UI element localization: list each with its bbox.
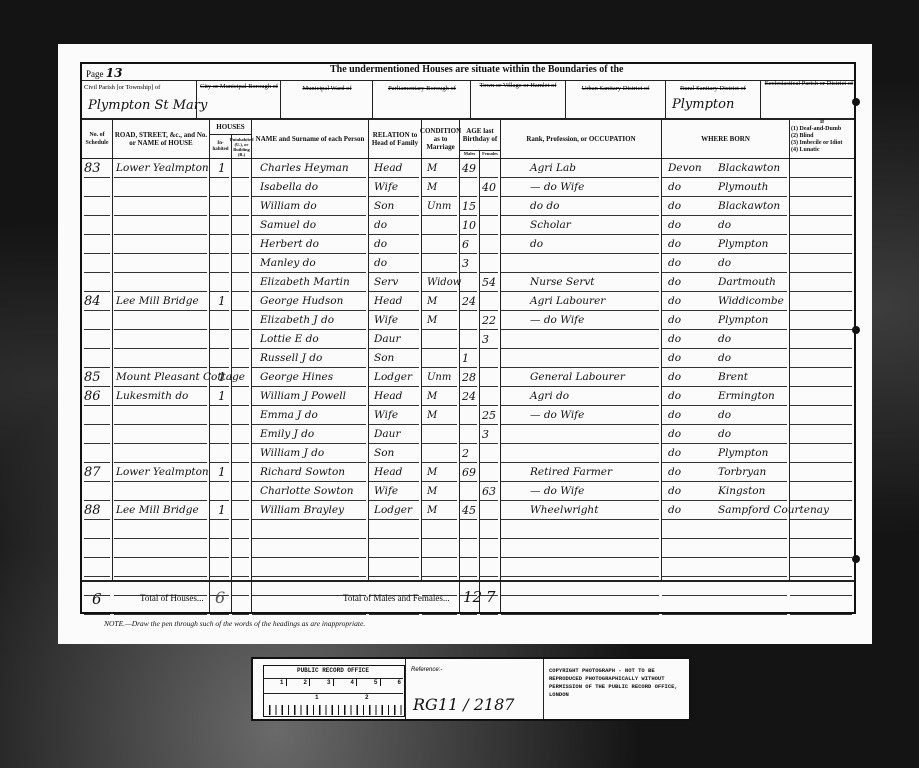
cell-occ: — do Wife (530, 406, 584, 425)
divider (565, 80, 566, 118)
row-rule (232, 177, 249, 178)
cell-born-county: Devon (668, 159, 702, 178)
row-rule (232, 253, 249, 254)
row-rule (252, 538, 366, 539)
row-rule (84, 443, 110, 444)
cell-cond: M (427, 387, 437, 406)
cell-cond: M (427, 501, 437, 520)
cell-rel: Wife (374, 482, 398, 501)
row-rule (210, 557, 229, 558)
cell-male: 49 (462, 159, 476, 178)
row-rule (790, 538, 852, 539)
col-header-infirmity: If (1) Deaf-and-Dumb (2) Blind (3) Imbec… (791, 119, 853, 154)
scale-numbers: 1 2 3 4 5 6 (263, 679, 403, 686)
cell-born-county: do (668, 368, 681, 387)
cell-road: Lower Yealmpton (116, 159, 209, 178)
cell-inhab: 1 (218, 159, 226, 178)
row-rule (501, 348, 659, 349)
row-rule (422, 348, 457, 349)
row-rule (460, 424, 477, 425)
cell-rel: Lodger (374, 501, 412, 520)
row-rule (252, 614, 366, 615)
row-rule (114, 557, 207, 558)
total-schedules: 6 (92, 590, 102, 608)
row-rule (232, 234, 249, 235)
row-rule (790, 424, 852, 425)
cell-name: Manley do (260, 254, 316, 273)
row-rule (460, 329, 477, 330)
row-rule (210, 329, 229, 330)
cell-cond: Unm (427, 368, 451, 387)
total-houses-label: Total of Houses... (140, 593, 204, 603)
cell-rel: do (374, 254, 387, 273)
cell-inhab: 1 (218, 292, 226, 311)
cell-rel: Son (374, 349, 394, 368)
cell-born-county: do (668, 273, 681, 292)
cell-no: 87 (84, 463, 101, 482)
divider (760, 80, 761, 118)
row-rule (790, 329, 852, 330)
row-rule (460, 557, 477, 558)
cell-name: Samuel do (260, 216, 316, 235)
form-note: NOTE.—Draw the pen through such of the w… (104, 619, 365, 628)
row-rule (790, 215, 852, 216)
document-title: The undermentioned Houses are situate wi… (330, 64, 623, 75)
row-rule (790, 405, 852, 406)
col-header-relation: RELATION to Head of Family (369, 120, 421, 158)
record-office-slip: PUBLIC RECORD OFFICE 1 2 3 4 5 6 1 2 Ref… (251, 657, 691, 721)
scale-number: 2 (287, 679, 311, 686)
cell-inhab: 1 (218, 368, 226, 387)
col-header-females: Females (480, 150, 500, 158)
row-rule (369, 614, 419, 615)
row-rule (210, 538, 229, 539)
infirmity-option: (3) Imbecile or Idiot (791, 140, 853, 147)
row-rule (480, 614, 498, 615)
cell-name: William Brayley (260, 501, 344, 520)
row-rule (501, 234, 659, 235)
row-rule (84, 272, 110, 273)
row-rule (790, 253, 852, 254)
cell-rel: Son (374, 197, 394, 216)
cell-female: 3 (482, 330, 489, 349)
cell-born-county: do (668, 501, 681, 520)
row-rule (460, 576, 477, 577)
cell-born-county: do (668, 349, 681, 368)
row-rule (790, 557, 852, 558)
cell-born-county: do (668, 444, 681, 463)
cell-name: George Hines (260, 368, 333, 387)
cell-rel: Wife (374, 311, 398, 330)
row-rule (210, 272, 229, 273)
row-rule (84, 348, 110, 349)
cell-name: Charlotte Sowton (260, 482, 354, 501)
cell-occ: Agri do (530, 387, 569, 406)
row-rule (501, 443, 659, 444)
cell-male: 6 (462, 235, 469, 254)
cell-cond: M (427, 463, 437, 482)
cell-born-county: do (668, 292, 681, 311)
row-rule (232, 557, 249, 558)
cell-name: Isabella do (260, 178, 318, 197)
cell-occ: Wheelwright (530, 501, 598, 520)
cell-born-place: do (718, 330, 731, 349)
cell-born-county: do (668, 425, 681, 444)
cell-born-county: do (668, 197, 681, 216)
divider (372, 80, 373, 118)
row-rule (662, 557, 787, 558)
infirmity-option: (1) Deaf-and-Dumb (791, 126, 853, 133)
row-rule (460, 614, 477, 615)
row-rule (114, 253, 207, 254)
cell-rel: Lodger (374, 368, 412, 387)
row-rule (790, 386, 852, 387)
row-rule (501, 215, 659, 216)
row-rule (422, 253, 457, 254)
cell-born-county: do (668, 387, 681, 406)
col-header-road: ROAD, STREET, &c., and No. or NAME of HO… (113, 120, 209, 158)
divider (263, 693, 403, 694)
row-rule (790, 443, 852, 444)
cell-born-place: Ermington (718, 387, 775, 406)
inch-mark: 2 (365, 694, 369, 701)
cell-rel: Head (374, 387, 402, 406)
scale-number: 4 (334, 679, 358, 686)
cell-cond: M (427, 406, 437, 425)
scale-number: 6 (381, 679, 404, 686)
cell-no: 85 (84, 368, 101, 387)
cell-cond: M (427, 292, 437, 311)
cell-occ: do (530, 235, 543, 254)
total-persons-label: Total of Males and Females... (343, 593, 450, 603)
cell-name: Emily J do (260, 425, 314, 444)
cell-born-county: do (668, 178, 681, 197)
row-rule (790, 234, 852, 235)
row-rule (662, 538, 787, 539)
cell-male: 69 (462, 463, 476, 482)
cell-born-county: do (668, 216, 681, 235)
row-rule (501, 576, 659, 577)
record-office-title: PUBLIC RECORD OFFICE (263, 667, 403, 674)
row-rule (662, 614, 787, 615)
cell-name: George Hudson (260, 292, 343, 311)
cell-born-place: do (718, 425, 731, 444)
cell-born-county: do (668, 311, 681, 330)
row-rule (369, 576, 419, 577)
cell-male: 28 (462, 368, 476, 387)
cell-rel: Son (374, 444, 394, 463)
cell-name: Elizabeth Martin (260, 273, 350, 292)
row-rule (232, 329, 249, 330)
row-rule (480, 462, 498, 463)
row-rule (369, 538, 419, 539)
cell-name: Herbert do (260, 235, 319, 254)
page-number: 13 (106, 66, 123, 80)
cell-rel: Serv (374, 273, 398, 292)
cell-female: 25 (482, 406, 496, 425)
cell-rel: Daur (374, 425, 400, 444)
row-rule (790, 177, 852, 178)
cell-born-place: Widdicombe (718, 292, 784, 311)
row-rule (662, 576, 787, 577)
ruler-ticks (263, 705, 403, 715)
row-rule (84, 538, 110, 539)
row-rule (480, 557, 498, 558)
row-rule (422, 614, 457, 615)
row-rule (790, 196, 852, 197)
row-rule (210, 576, 229, 577)
row-rule (480, 253, 498, 254)
total-males: 12 (463, 588, 482, 606)
infirmity-title: If (791, 119, 853, 126)
cell-rel: Wife (374, 178, 398, 197)
cell-born-place: do (718, 216, 731, 235)
inch-mark: 1 (315, 694, 319, 701)
row-rule (232, 595, 249, 596)
row-rule (84, 614, 110, 615)
cell-born-county: do (668, 482, 681, 501)
cell-name: Charles Heyman (260, 159, 349, 178)
col-header-inhabited: In-habited (210, 135, 231, 158)
cell-born-place: Blackawton (718, 197, 780, 216)
rural-sanitary-label: Rural Sanitary District of (668, 85, 758, 92)
municipal-ward-label: Municipal Ward of (284, 85, 370, 92)
col-header-age: AGE last Birthday of (460, 120, 500, 150)
cell-born-place: Sampford Courtenay (718, 501, 829, 520)
cell-male: 45 (462, 501, 476, 520)
row-rule (114, 576, 207, 577)
row-rule (501, 253, 659, 254)
column-divider (479, 150, 480, 612)
row-rule (114, 424, 207, 425)
cell-cond: Widow (427, 273, 461, 292)
cell-male: 1 (462, 349, 469, 368)
row-rule (422, 576, 457, 577)
row-rule (480, 576, 498, 577)
cell-occ: do do (530, 197, 559, 216)
cell-male: 2 (462, 444, 469, 463)
scale-number: 3 (310, 679, 334, 686)
row-rule (480, 386, 498, 387)
row-rule (210, 443, 229, 444)
row-rule (790, 576, 852, 577)
col-header-males: Males (460, 150, 479, 158)
row-rule (84, 576, 110, 577)
divider (82, 80, 854, 81)
page-number-label: Page 13 (86, 66, 122, 80)
cell-inhab: 1 (218, 463, 226, 482)
row-rule (232, 348, 249, 349)
cell-born-county: do (668, 254, 681, 273)
cell-born-county: do (668, 463, 681, 482)
ecclesiastical-parish-label: Ecclesiastical Parish or District of (764, 80, 854, 87)
row-rule (84, 424, 110, 425)
cell-born-place: Dartmouth (718, 273, 776, 292)
cell-road: Lee Mill Bridge (116, 501, 199, 520)
row-rule (84, 329, 110, 330)
row-rule (114, 614, 207, 615)
row-rule (790, 481, 852, 482)
cell-occ: — do Wife (530, 482, 584, 501)
row-rule (84, 196, 110, 197)
divider (665, 80, 666, 118)
row-rule (84, 234, 110, 235)
row-rule (501, 538, 659, 539)
cell-name: Emma J do (260, 406, 318, 425)
cell-born-place: do (718, 406, 731, 425)
row-rule (790, 367, 852, 368)
col-header-condition: CONDITION as to Marriage (422, 120, 459, 158)
copyright-notice: COPYRIGHT PHOTOGRAPH - NOT TO BE REPRODU… (549, 667, 689, 699)
row-rule (210, 215, 229, 216)
col-header-name: NAME and Surname of each Person (252, 120, 368, 158)
rural-sanitary-value: Plympton (672, 97, 734, 112)
row-rule (480, 367, 498, 368)
cell-rel: do (374, 235, 387, 254)
municipal-borough-label: City or Municipal Borough of (200, 83, 278, 90)
cell-occ: Retired Farmer (530, 463, 612, 482)
row-rule (114, 329, 207, 330)
cell-female: 54 (482, 273, 496, 292)
cell-rel: do (374, 216, 387, 235)
row-rule (84, 557, 110, 558)
row-rule (232, 310, 249, 311)
cell-name: William J do (260, 444, 324, 463)
cell-born-place: Torbryan (718, 463, 766, 482)
total-houses-value: 6 (215, 588, 225, 607)
divider (82, 580, 854, 582)
cell-occ: — do Wife (530, 311, 584, 330)
cell-born-county: do (668, 235, 681, 254)
row-rule (232, 424, 249, 425)
cell-cond: M (427, 482, 437, 501)
row-rule (232, 538, 249, 539)
cell-road: Mount Pleasant Cottage (116, 368, 245, 387)
row-rule (232, 196, 249, 197)
cell-born-county: do (668, 406, 681, 425)
cell-inhab: 1 (218, 387, 226, 406)
row-rule (210, 253, 229, 254)
row-rule (422, 443, 457, 444)
row-rule (232, 576, 249, 577)
cell-no: 83 (84, 159, 101, 178)
row-rule (232, 215, 249, 216)
row-rule (422, 234, 457, 235)
cell-cond: M (427, 178, 437, 197)
cell-born-place: Blackawton (718, 159, 780, 178)
row-rule (662, 595, 787, 596)
row-rule (232, 519, 249, 520)
cell-born-place: Kingston (718, 482, 765, 501)
cell-inhab: 1 (218, 501, 226, 520)
col-header-no: No. of Schedule (82, 120, 112, 158)
cell-male: 10 (462, 216, 476, 235)
total-females: 7 (486, 588, 496, 606)
row-rule (232, 443, 249, 444)
row-rule (232, 481, 249, 482)
row-rule (790, 348, 852, 349)
cell-male: 24 (462, 387, 476, 406)
page-label: Page (86, 69, 104, 79)
divider (405, 659, 406, 719)
cell-name: William do (260, 197, 317, 216)
row-rule (422, 557, 457, 558)
cell-name: Lottie E do (260, 330, 319, 349)
cell-rel: Head (374, 292, 402, 311)
divider (543, 659, 544, 719)
cell-rel: Daur (374, 330, 400, 349)
reference-value: RG11 / 2187 (413, 695, 514, 714)
row-rule (114, 234, 207, 235)
cell-occ: — do Wife (530, 178, 584, 197)
row-rule (232, 500, 249, 501)
cell-female: 40 (482, 178, 496, 197)
row-rule (210, 196, 229, 197)
row-rule (210, 348, 229, 349)
cell-born-place: Plympton (718, 311, 768, 330)
cell-born-place: do (718, 349, 731, 368)
scale-number: 5 (357, 679, 381, 686)
row-rule (232, 272, 249, 273)
cell-road: Lukesmith do (116, 387, 188, 406)
row-rule (252, 576, 366, 577)
cell-occ: Scholar (530, 216, 571, 235)
row-rule (252, 557, 366, 558)
row-rule (114, 443, 207, 444)
row-rule (790, 310, 852, 311)
row-rule (501, 595, 659, 596)
civil-parish-label: Civil Parish [or Township] of (84, 84, 194, 91)
row-rule (480, 519, 498, 520)
infirmity-option: (4) Lunatic (791, 147, 853, 154)
row-rule (114, 348, 207, 349)
cell-female: 22 (482, 311, 496, 330)
divider (470, 80, 471, 118)
row-rule (210, 614, 229, 615)
row-rule (84, 215, 110, 216)
cell-male: 3 (462, 254, 469, 273)
cell-occ: Nurse Servt (530, 273, 595, 292)
divider (280, 80, 281, 118)
cell-born-place: Brent (718, 368, 748, 387)
row-rule (210, 424, 229, 425)
column-divider (421, 118, 422, 580)
row-rule (790, 595, 852, 596)
column-divider (368, 118, 369, 580)
cell-born-place: do (718, 254, 731, 273)
row-rule (790, 272, 852, 273)
cell-cond: Unm (427, 197, 451, 216)
scale-number: 1 (263, 679, 287, 686)
cell-occ: Agri Labourer (530, 292, 605, 311)
cell-occ: General Labourer (530, 368, 625, 387)
urban-sanitary-label: Urban Sanitary District of (568, 85, 663, 92)
row-rule (232, 405, 249, 406)
column-divider (112, 118, 113, 580)
row-rule (460, 538, 477, 539)
row-rule (232, 291, 249, 292)
town-village-label: Town or Village or Hamlet of (474, 82, 562, 89)
row-rule (232, 462, 249, 463)
cell-female: 63 (482, 482, 496, 501)
row-rule (114, 272, 207, 273)
row-rule (232, 614, 249, 615)
cell-road: Lee Mill Bridge (116, 292, 199, 311)
row-rule (210, 234, 229, 235)
cell-rel: Head (374, 159, 402, 178)
cell-born-place: Plymouth (718, 178, 768, 197)
reference-label: Reference:- (411, 667, 442, 673)
